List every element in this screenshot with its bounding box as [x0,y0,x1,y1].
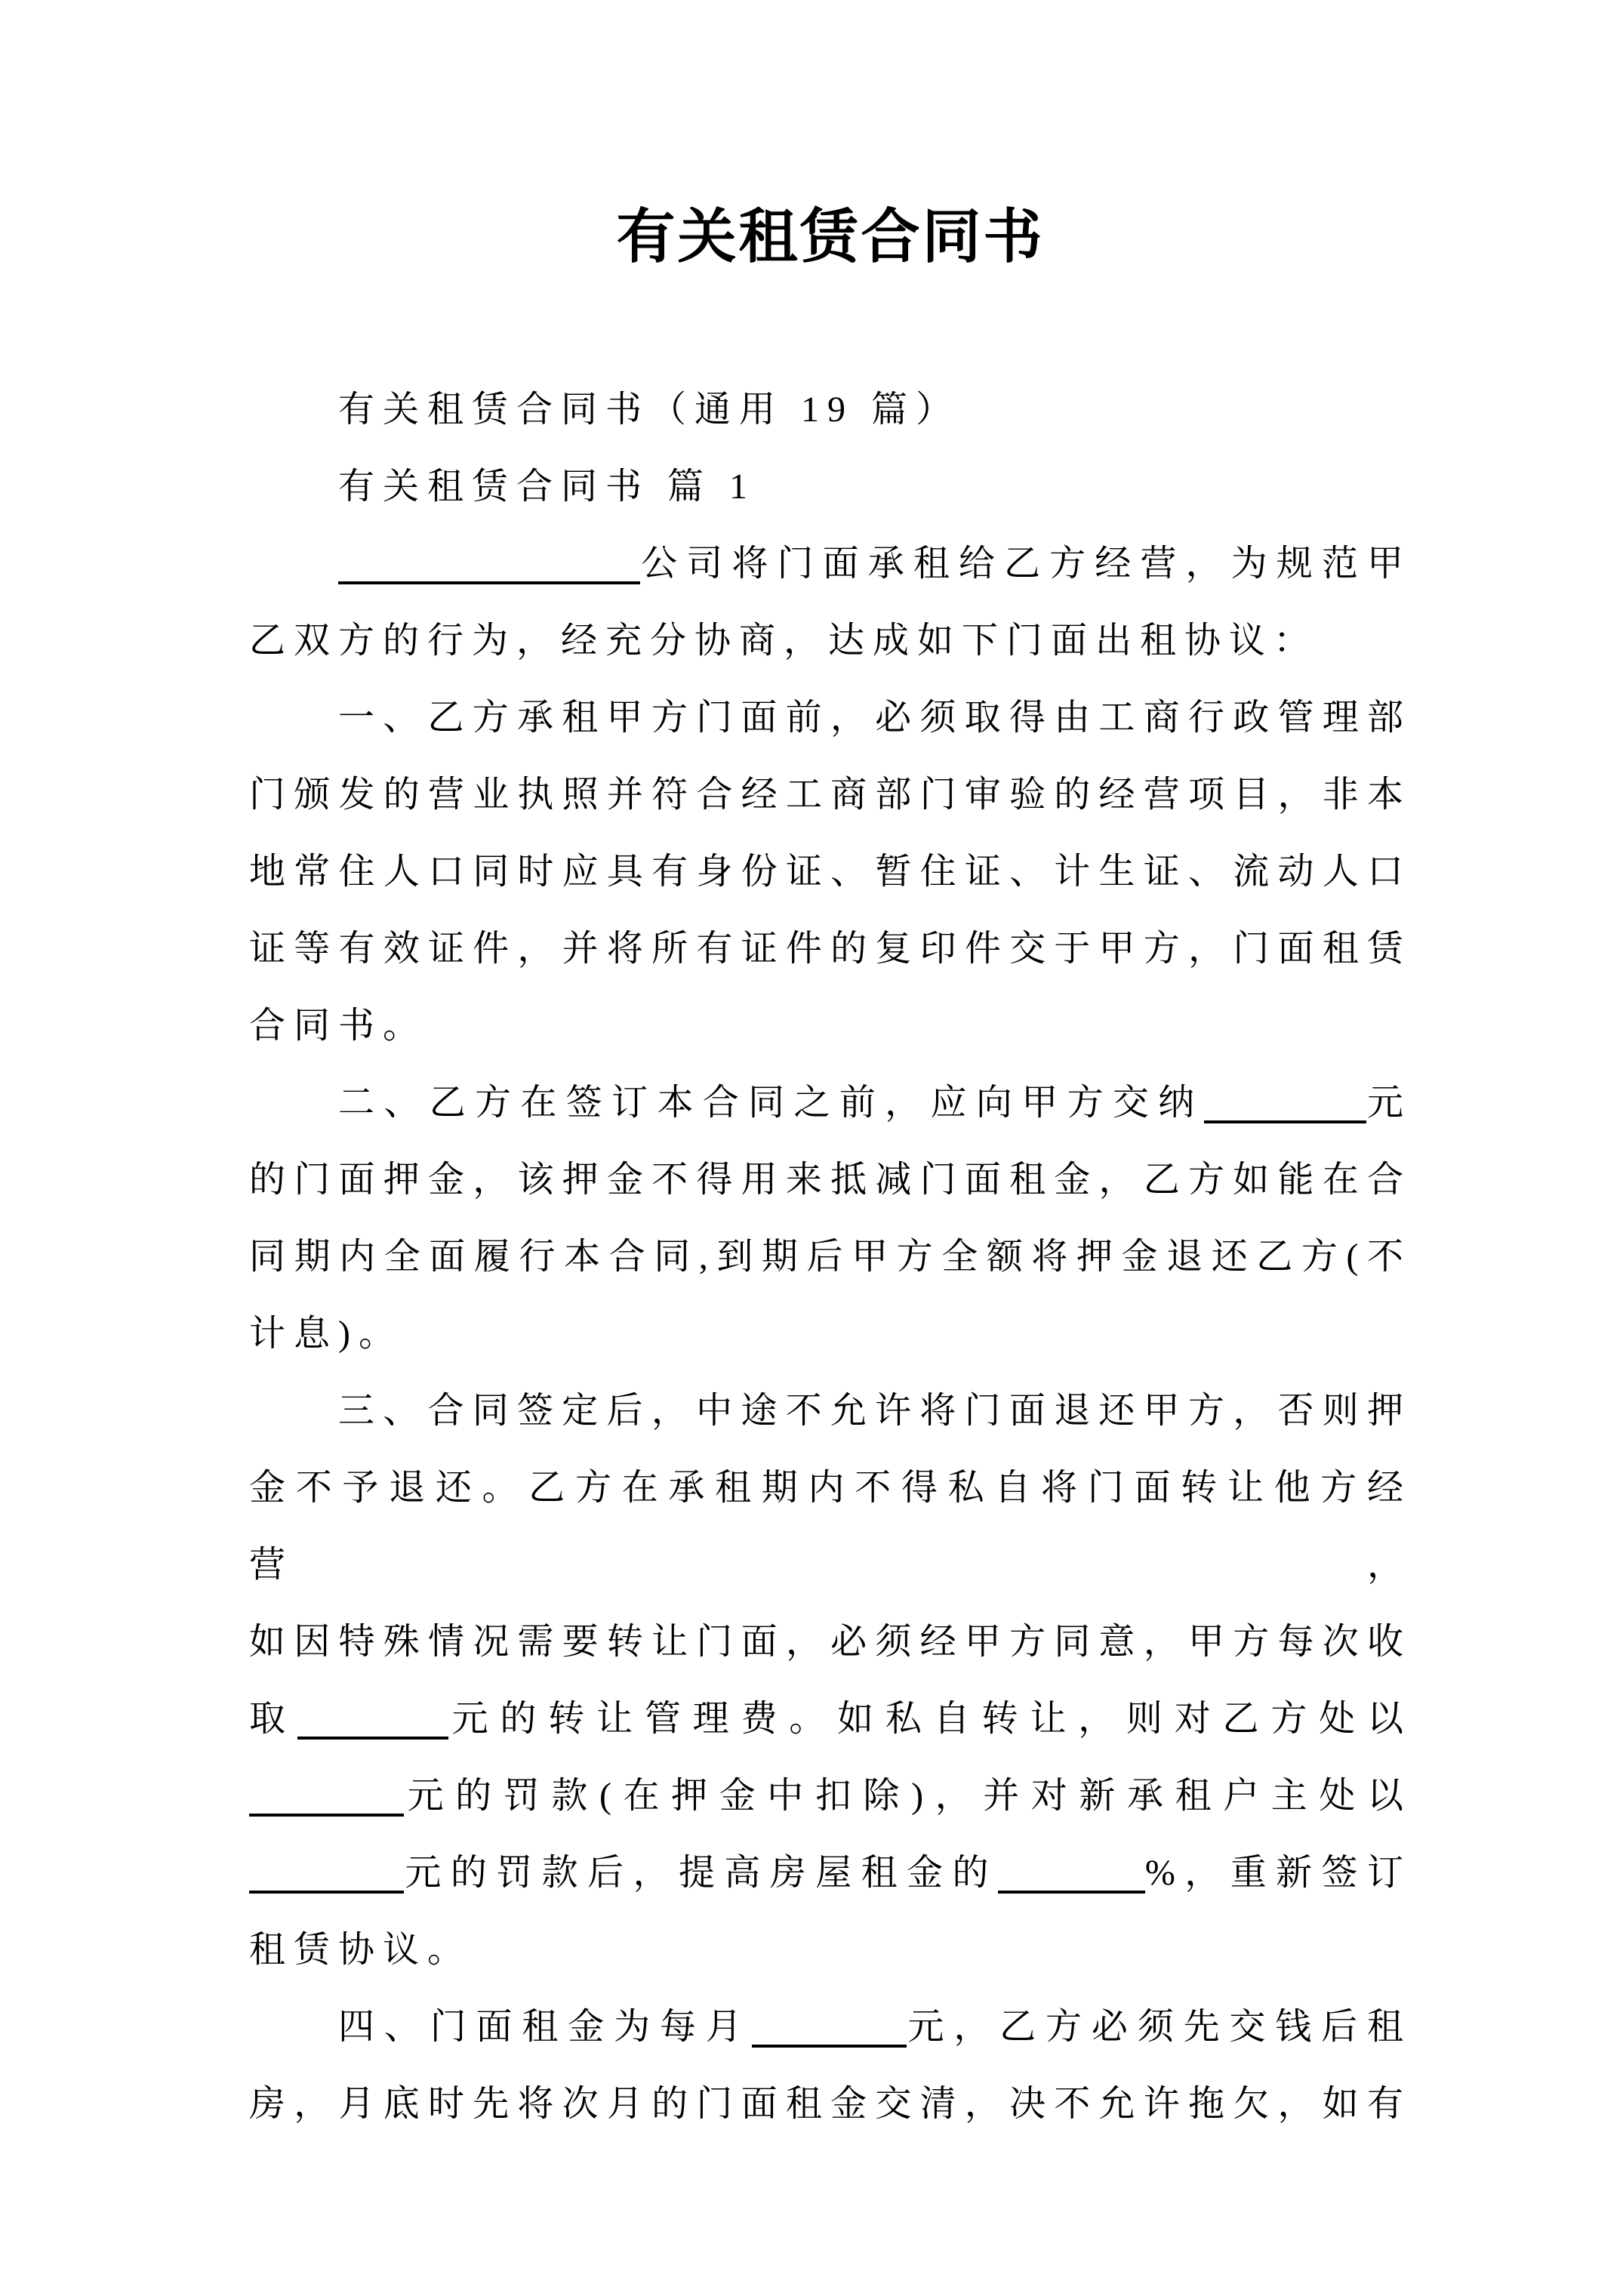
document-page: 有关租赁合同书 有关租赁合同书（通用 19 篇） 有关租赁合同书 篇 1 公司将… [0,0,1623,2296]
body-line: 的门面押金，该押金不得用来抵减门面租金，乙方如能在合 [249,1142,1412,1219]
text-segment: 地常住人口同时应具有身份证、暂住证、计生证、流动人口 [249,852,1412,892]
text-segment: 计息)。 [249,1314,403,1354]
text-segment: 乙双方的行为，经充分协商，达成如下门面出租协议： [249,621,1318,661]
text-segment: 四、门面租金为每月 [338,2007,752,2047]
body-line: 元的罚款后，提高房屋租金的%，重新签订 [249,1835,1412,1912]
body-line: 三、合同签定后，中途不允许将门面退还甲方，否则押 [249,1373,1412,1450]
body-line: 公司将门面承租给乙方经营，为规范甲 [249,525,1412,603]
body-line: 如因特殊情况需要转让门面，必须经甲方同意，甲方每次收 [249,1604,1412,1681]
blank-field [297,1727,448,1740]
body-line: 四、门面租金为每月元，乙方必须先交钱后租 [249,1989,1412,2066]
text-segment: %，重新签订 [1145,1853,1412,1893]
blank-field [338,572,640,584]
blank-field [998,1881,1145,1894]
text-segment: 元的罚款(在押金中扣除)，并对新承租户主处以 [404,1776,1412,1816]
text-segment: 金不予退还。乙方在承租期内不得私自将门面转让他方经营， [249,1468,1412,1585]
blank-field [752,2036,907,2048]
text-segment: 元的转让管理费。如私自转让，则对乙方处以 [448,1699,1412,1739]
section-heading: 有关租赁合同书 篇 1 [249,448,1412,525]
body-line: 一、乙方承租甲方门面前，必须取得由工商行政管理部 [249,680,1412,757]
text-segment: 门颁发的营业执照并符合经工商部门审验的经营项目，非本 [249,775,1412,815]
subtitle-block: 有关租赁合同书（通用 19 篇） 有关租赁合同书 篇 1 [249,371,1412,525]
text-segment: 公司将门面承租给乙方经营，为规范甲 [640,544,1412,584]
text-segment: 二、乙方在签订本合同之前，应向甲方交纳 [338,1083,1204,1123]
text-segment: 元 [1366,1083,1412,1123]
body-line: 计息)。 [249,1296,1412,1373]
body-line: 合同书。 [249,988,1412,1065]
body-line: 乙双方的行为，经充分协商，达成如下门面出租协议： [249,603,1412,680]
text-segment: 租赁协议。 [249,1930,472,1970]
body-line: 门颁发的营业执照并符合经工商部门审验的经营项目，非本 [249,757,1412,834]
text-segment: 元，乙方必须先交钱后租 [907,2007,1412,2047]
body-line: 取元的转让管理费。如私自转让，则对乙方处以 [249,1681,1412,1758]
text-segment: 合同书。 [249,1006,427,1046]
text-segment: 证等有效证件，并将所有证件的复印件交于甲方，门面租赁 [249,929,1412,969]
body-line: 房，月底时先将次月的门面租金交清，决不允许拖欠，如有 [249,2066,1412,2143]
document-content: 有关租赁合同书 有关租赁合同书（通用 19 篇） 有关租赁合同书 篇 1 公司将… [249,0,1412,2143]
text-segment: 元的罚款后，提高房屋租金的 [404,1853,998,1893]
body-line: 金不予退还。乙方在承租期内不得私自将门面转让他方经营， [249,1450,1412,1604]
body-line: 同期内全面履行本合同,到期后甲方全额将押金退还乙方(不 [249,1219,1412,1296]
blank-field [1204,1111,1366,1123]
blank-field [249,1804,404,1817]
text-segment: 一、乙方承租甲方门面前，必须取得由工商行政管理部 [338,698,1412,738]
body-line: 元的罚款(在押金中扣除)，并对新承租户主处以 [249,1758,1412,1835]
text-segment: 同期内全面履行本合同,到期后甲方全额将押金退还乙方(不 [249,1237,1412,1277]
document-body: 公司将门面承租给乙方经营，为规范甲乙双方的行为，经充分协商，达成如下门面出租协议… [249,525,1412,2143]
body-line: 地常住人口同时应具有身份证、暂住证、计生证、流动人口 [249,834,1412,911]
body-line: 二、乙方在签订本合同之前，应向甲方交纳元 [249,1065,1412,1142]
document-subtitle: 有关租赁合同书（通用 19 篇） [249,371,1412,448]
blank-field [249,1881,404,1894]
text-segment: 房，月底时先将次月的门面租金交清，决不允许拖欠，如有 [249,2084,1412,2124]
text-segment: 如因特殊情况需要转让门面，必须经甲方同意，甲方每次收 [249,1622,1412,1662]
body-line: 租赁协议。 [249,1912,1412,1989]
body-line: 证等有效证件，并将所有证件的复印件交于甲方，门面租赁 [249,911,1412,988]
text-segment: 的门面押金，该押金不得用来抵减门面租金，乙方如能在合 [249,1160,1412,1200]
text-segment: 取 [249,1699,297,1739]
document-title: 有关租赁合同书 [249,203,1412,271]
text-segment: 三、合同签定后，中途不允许将门面退还甲方，否则押 [338,1391,1412,1431]
